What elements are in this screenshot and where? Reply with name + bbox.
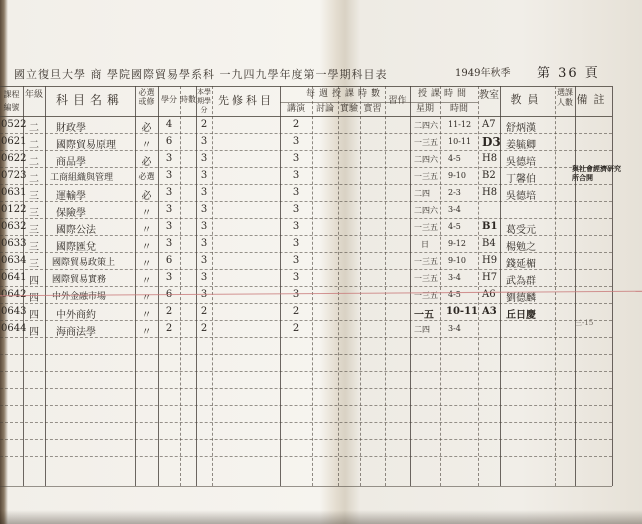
row-lecture: 2 (280, 323, 312, 334)
header-experiment: 實驗 (338, 104, 360, 115)
row-lecture: 3 (280, 255, 312, 266)
row-term-credits: 3 (196, 170, 212, 181)
row-hours: 2-3 (448, 188, 461, 197)
header-req-elective: 必選或修 (135, 88, 158, 106)
row-year: 二 (23, 119, 45, 134)
row-req: 〃 (135, 221, 158, 236)
row-req: 〃 (135, 238, 158, 253)
header-practice: 實習 (360, 104, 385, 115)
row-year: 二 (23, 153, 45, 168)
row-year: 二 (23, 170, 45, 185)
row-credits: 3 (158, 238, 180, 249)
row-credits: 2 (158, 306, 180, 317)
row-weekday: 一三五 (414, 256, 438, 267)
header-credits: 學分 (158, 94, 180, 105)
row-room: D3 (482, 135, 501, 149)
row-lecture: 3 (280, 289, 312, 300)
row-year: 三 (23, 187, 45, 202)
row-hours: 4-5 (448, 222, 461, 231)
row-term-credits: 3 (196, 187, 212, 198)
row-instructor: 武為群 (506, 272, 536, 287)
row-hours: 9-12 (448, 239, 466, 248)
row-weekday: 二四六 (414, 205, 438, 216)
row-lecture: 3 (280, 221, 312, 232)
row-year: 四 (23, 323, 45, 338)
row-instructor: 錢延楣 (506, 255, 536, 270)
row-term-credits: 2 (196, 323, 212, 334)
header-classroom: 教室 (478, 90, 500, 102)
header-code: 課程編號 (0, 88, 23, 114)
row-year: 二 (23, 136, 45, 151)
row-year: 三 (23, 255, 45, 270)
row-lecture: 3 (280, 187, 312, 198)
row-req: 必 (135, 153, 158, 168)
header-subject: 科目名稱 (45, 95, 135, 106)
row-subject: 國際公法 (56, 221, 96, 236)
row-room: B1 (482, 221, 497, 232)
header-lecture: 講演 (280, 104, 312, 115)
document-title: 國立復旦大學 商 學院國際貿易學系科 一九四九學年度第一學期科目表 (14, 66, 388, 82)
header-assignment: 習作 (385, 96, 410, 107)
row-weekday: 一三五 (414, 171, 438, 182)
row-year: 四 (23, 289, 45, 304)
row-lecture: 2 (280, 306, 312, 317)
row-hours: 10-11 (446, 306, 478, 317)
row-year: 四 (23, 306, 45, 321)
row-term-credits: 3 (196, 204, 212, 215)
row-hours: 10-11 (448, 137, 471, 146)
row-lecture: 2 (280, 119, 312, 130)
row-lecture: 3 (280, 170, 312, 181)
row-credits: 3 (158, 170, 180, 181)
row-room: H8 (482, 187, 497, 198)
row-room: H9 (482, 255, 497, 266)
row-lecture: 3 (280, 204, 312, 215)
row-subject: 國際貿易實務 (52, 272, 106, 285)
row-term-credits: 2 (196, 119, 212, 130)
row-instructor: 丁馨伯 (506, 170, 536, 185)
row-req: 必 (135, 187, 158, 202)
row-instructor: 丘日慶 (506, 306, 536, 321)
header-hours: 時間 (440, 104, 478, 115)
row-credits: 3 (158, 187, 180, 198)
row-term-credits: 3 (196, 153, 212, 164)
row-instructor: 吳德培 (506, 187, 536, 202)
row-subject: 財政學 (56, 119, 86, 134)
row-weekday: 二四六 (414, 154, 438, 165)
row-hours: 4-5 (448, 154, 461, 163)
header-schedule-group: 授課時間 (410, 89, 478, 100)
row-credits: 2 (158, 323, 180, 334)
row-credits: 6 (158, 255, 180, 266)
row-instructor: 楊勉之 (506, 238, 536, 253)
row-credits: 3 (158, 153, 180, 164)
header-remarks: 備註 (575, 94, 612, 105)
row-year: 四 (23, 272, 45, 287)
row-instructor: 舒炳漢 (506, 119, 536, 134)
row-term-credits: 3 (196, 272, 212, 283)
header-weekly-hours: 時數 (180, 94, 196, 105)
row-lecture: 3 (280, 238, 312, 249)
row-lecture: 3 (280, 272, 312, 283)
page-number: 第 36 頁 (537, 62, 600, 81)
row-weekday: 一五 (414, 306, 434, 321)
row-credits: 4 (158, 119, 180, 130)
header-weekday: 星期 (410, 104, 440, 115)
row-req: 必 (135, 119, 158, 134)
header-term-credits: 本學期學分 (196, 88, 212, 115)
header-instructor: 教員 (500, 94, 555, 105)
remarks-note: 與社會經濟研究所合開 (572, 164, 627, 182)
row-credits: 3 (158, 272, 180, 283)
row-instructor: 葛受元 (506, 221, 536, 236)
row-hours: 3-4 (448, 205, 461, 214)
row-term-credits: 3 (196, 238, 212, 249)
row-year: 三 (23, 221, 45, 236)
row-term-credits: 3 (196, 255, 212, 266)
row-year: 三 (23, 238, 45, 253)
row-req: 〃 (135, 255, 158, 270)
row-req: 〃 (135, 204, 158, 219)
row-req: 〃 (135, 323, 158, 338)
row-room: B4 (482, 238, 496, 249)
row-req: 〃 (135, 272, 158, 287)
row-weekday: 一三五 (414, 137, 438, 148)
header-discussion: 討論 (312, 104, 338, 115)
row-weekday: 二四 (414, 324, 430, 335)
row-credits: 3 (158, 221, 180, 232)
row-lecture: 3 (280, 136, 312, 147)
row-room: B2 (482, 170, 496, 181)
row-room: A7 (482, 119, 496, 130)
row-subject: 國際匯兌 (56, 238, 96, 253)
header-prereq: 先修科目 (212, 95, 280, 106)
row-room: A3 (482, 306, 497, 317)
row-hours: 3-4 (448, 273, 461, 282)
row-weekday: 一三五 (414, 222, 438, 233)
row-subject: 工商組織與管理 (50, 170, 113, 183)
row-lecture: 3 (280, 153, 312, 164)
remarks-stamp: 三-15 (575, 318, 593, 328)
row-req: 〃 (135, 306, 158, 321)
row-term-credits: 3 (196, 221, 212, 232)
row-req: 〃 (135, 136, 158, 151)
row-subject: 中外商約 (56, 306, 96, 321)
row-instructor: 姜毓卿 (506, 136, 536, 151)
row-credits: 3 (158, 204, 180, 215)
term-label: 1949年秋季 (455, 64, 510, 79)
header-year: 年級 (23, 90, 45, 101)
row-subject: 海商法學 (56, 323, 96, 338)
row-subject: 商品學 (56, 153, 86, 168)
row-term-credits: 2 (196, 306, 212, 317)
row-instructor: 吳德培 (506, 153, 536, 168)
row-subject: 運輸學 (56, 187, 86, 202)
row-credits: 6 (158, 136, 180, 147)
row-room: A6 (482, 289, 496, 300)
row-weekday: 二四 (414, 188, 430, 199)
row-hours: 9-10 (448, 171, 466, 180)
row-hours: 9-10 (448, 256, 466, 265)
row-weekday: 一三五 (414, 273, 438, 284)
row-req: 〃 (135, 289, 158, 304)
row-term-credits: 3 (196, 136, 212, 147)
row-hours: 3-4 (448, 324, 461, 333)
row-hours: 11-12 (448, 120, 471, 129)
row-subject: 保險學 (56, 204, 86, 219)
row-room: H8 (482, 153, 497, 164)
document-page: 國立復旦大學 商 學院國際貿易學系科 一九四九學年度第一學期科目表 1949年秋… (0, 0, 642, 524)
header-enrolled: 選課人數 (555, 88, 575, 108)
row-subject: 國際貿易政策上 (52, 255, 115, 268)
row-year: 三 (23, 204, 45, 219)
row-room: H7 (482, 272, 497, 283)
row-subject: 國際貿易原理 (56, 136, 116, 151)
row-req: 必選 (135, 171, 158, 182)
row-weekday: 日 (410, 239, 440, 250)
row-weekday: 二四六 (414, 120, 438, 131)
